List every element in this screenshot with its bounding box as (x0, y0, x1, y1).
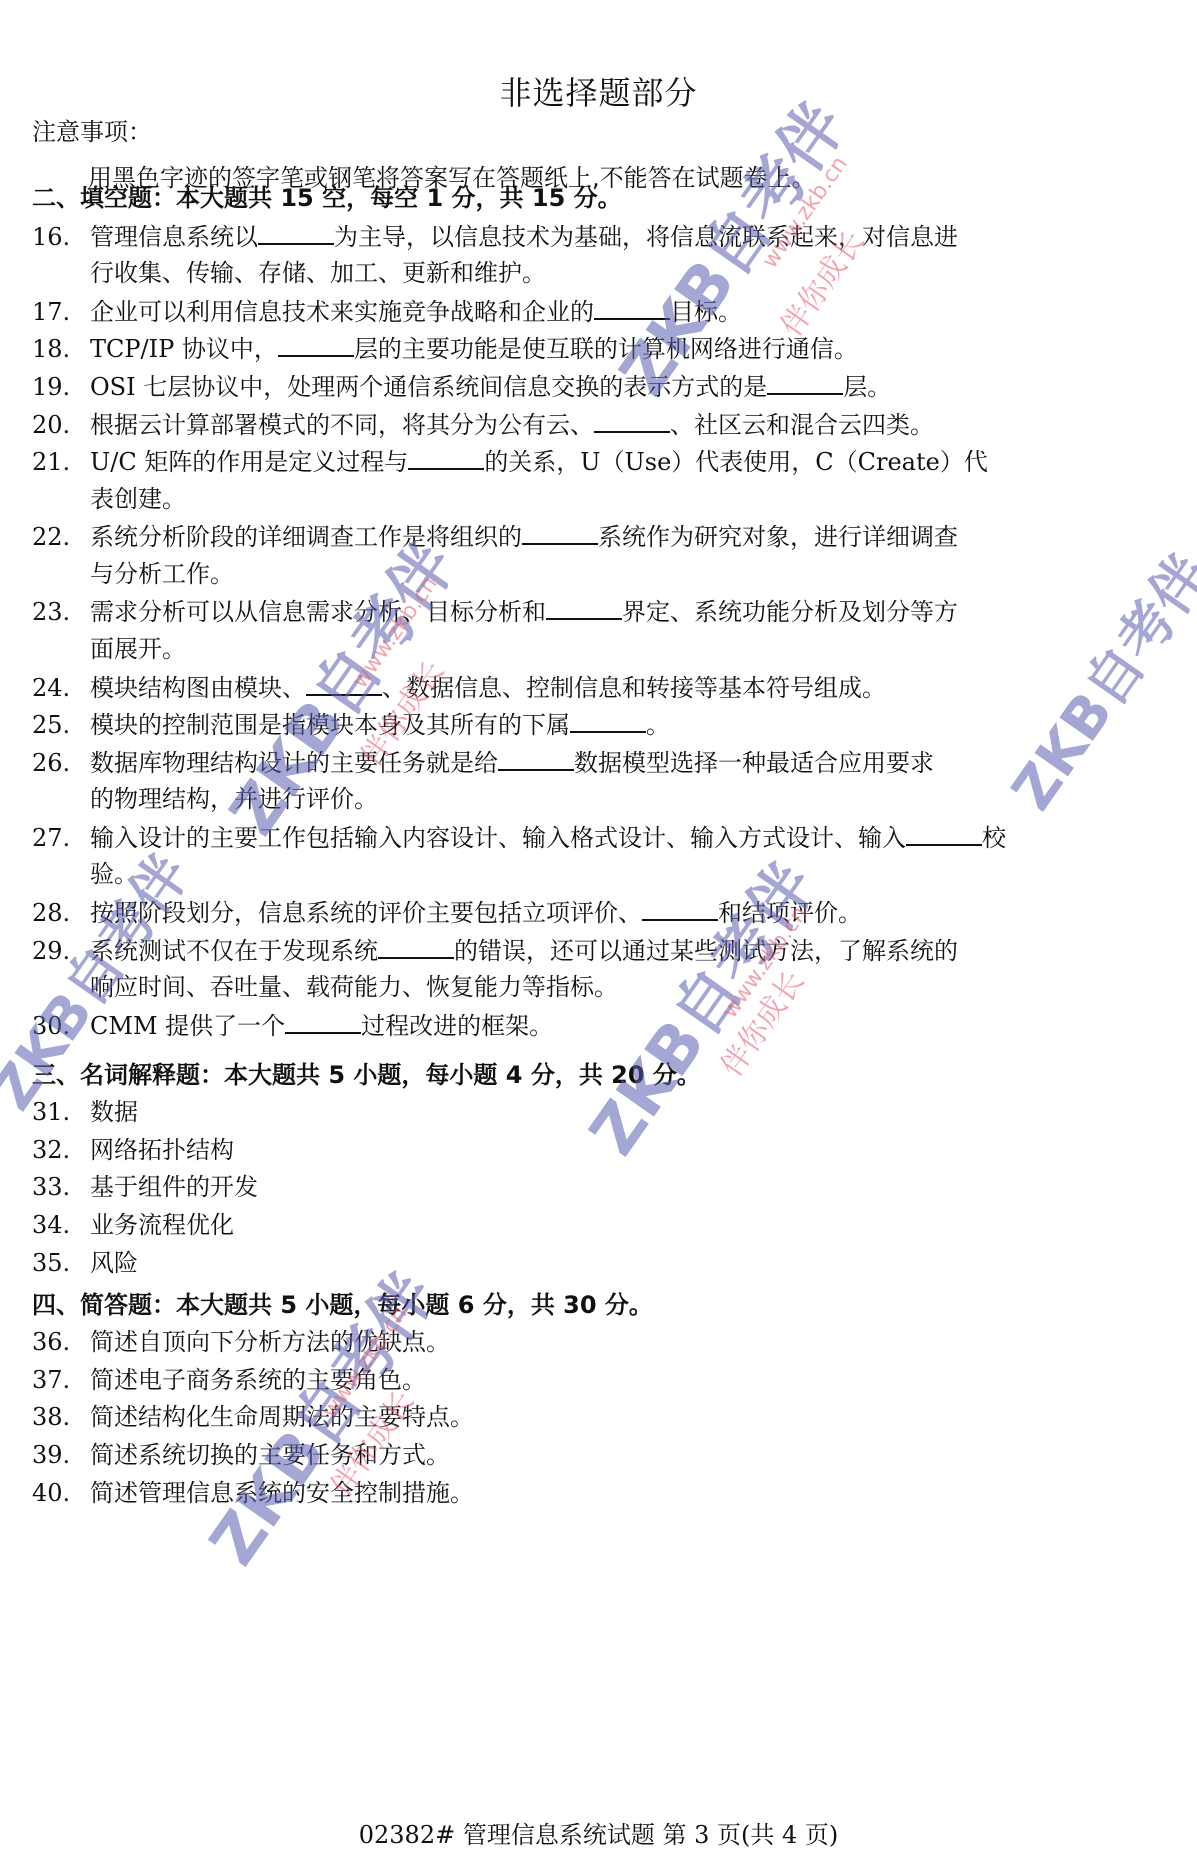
question-34: 34.业务流程优化 (32, 1210, 234, 1240)
question-17: 17.企业可以利用信息技术来实施竞争战略和企业的目标。 (32, 296, 742, 327)
page-footer: 02382# 管理信息系统试题 第 3 页(共 4 页) (0, 1815, 1197, 1850)
question-number: 24. (32, 673, 90, 703)
answer-blank (285, 1010, 361, 1034)
question-32: 32.网络拓扑结构 (32, 1135, 234, 1165)
answer-blank (278, 333, 354, 357)
answer-blank (408, 446, 484, 470)
question-35: 35.风险 (32, 1248, 138, 1278)
watermark-logo: ZKB自考伴 (990, 536, 1197, 823)
question-21: 21.U/C 矩阵的作用是定义过程与的关系，U（Use）代表使用，C（Creat… (32, 446, 988, 477)
question-16: 16.管理信息系统以为主导，以信息技术为基础，将信息流联系起来，对信息进 (32, 221, 958, 252)
answer-blank (767, 371, 843, 395)
question-23: 23.需求分析可以从信息需求分析、目标分析和界定、系统功能分析及划分等方 (32, 596, 958, 627)
question-26: 26.数据库物理结构设计的主要任务就是给数据模型选择一种最适合应用要求 (32, 747, 934, 778)
question-number: 25. (32, 710, 90, 740)
answer-blank (522, 521, 598, 545)
question-number: 19. (32, 372, 90, 402)
question-number: 16. (32, 222, 90, 252)
question-24: 24.模块结构图由模块、、数据信息、控制信息和转接等基本符号组成。 (32, 672, 886, 703)
question-number: 21. (32, 447, 90, 477)
question-19: 19.OSI 七层协议中，处理两个通信系统间信息交换的表示方式的是层。 (32, 371, 891, 402)
question-18: 18.TCP/IP 协议中，层的主要功能是使互联的计算机网络进行通信。 (32, 333, 858, 364)
question-40: 40.简述管理信息系统的安全控制措施。 (32, 1478, 474, 1508)
question-29-continuation: 响应时间、吞吐量、载荷能力、恢复能力等指标。 (90, 972, 618, 1002)
question-31: 31.数据 (32, 1097, 138, 1127)
question-27: 27.输入设计的主要工作包括输入内容设计、输入格式设计、输入方式设计、输入校 (32, 822, 1006, 853)
question-number: 26. (32, 748, 90, 778)
answer-blank (906, 822, 982, 846)
question-number: 22. (32, 522, 90, 552)
question-number: 28. (32, 898, 90, 928)
answer-blank (594, 296, 670, 320)
question-25: 25.模块的控制范围是指模块本身及其所有的下属。 (32, 709, 670, 740)
question-36: 36.简述自顶向下分析方法的优缺点。 (32, 1327, 450, 1357)
question-22-continuation: 与分析工作。 (90, 559, 234, 589)
section-fill-blank-heading: 二、填空题：本大题共 15 空，每空 1 分，共 15 分。 (32, 183, 622, 213)
question-30: 30.CMM 提供了一个过程改进的框架。 (32, 1010, 553, 1041)
question-number: 29. (32, 936, 90, 966)
question-22: 22.系统分析阶段的详细调查工作是将组织的系统作为研究对象，进行详细调查 (32, 521, 958, 552)
question-27-continuation: 验。 (90, 859, 138, 889)
page-title: 非选择题部分 (0, 68, 1197, 114)
answer-blank (306, 672, 382, 696)
question-number: 27. (32, 823, 90, 853)
question-number: 17. (32, 297, 90, 327)
question-20: 20.根据云计算部署模式的不同，将其分为公有云、、社区云和混合云四类。 (32, 409, 934, 440)
answer-blank (378, 935, 454, 959)
question-number: 20. (32, 410, 90, 440)
question-29: 29.系统测试不仅在于发现系统的错误，还可以通过某些测试方法，了解系统的 (32, 935, 958, 966)
question-26-continuation: 的物理结构，并进行评价。 (90, 784, 378, 814)
answer-blank (546, 596, 622, 620)
section-terms-heading: 三、名词解释题：本大题共 5 小题，每小题 4 分，共 20 分。 (32, 1060, 701, 1090)
question-33: 33.基于组件的开发 (32, 1172, 258, 1202)
question-21-continuation: 表创建。 (90, 484, 186, 514)
watermark-slogan: 伴你成长 (708, 960, 813, 1084)
question-number: 23. (32, 597, 90, 627)
answer-blank (594, 409, 670, 433)
answer-blank (570, 709, 646, 733)
question-16-continuation: 行收集、传输、存储、加工、更新和维护。 (90, 258, 546, 288)
question-28: 28.按照阶段划分，信息系统的评价主要包括立项评价、和结项评价。 (32, 897, 862, 928)
answer-blank (642, 897, 718, 921)
question-39: 39.简述系统切换的主要任务和方式。 (32, 1440, 450, 1470)
question-number: 18. (32, 334, 90, 364)
exam-page: 非选择题部分 注意事项： 用黑色字迹的签字笔或钢笔将答案写在答题纸上,不能答在试… (0, 0, 1197, 1859)
answer-blank (258, 221, 334, 245)
question-number: 30. (32, 1011, 90, 1041)
answer-blank (498, 747, 574, 771)
section-short-answer-heading: 四、简答题：本大题共 5 小题，每小题 6 分，共 30 分。 (32, 1290, 653, 1320)
notice-heading: 注意事项： (32, 112, 152, 147)
question-37: 37.简述电子商务系统的主要角色。 (32, 1365, 426, 1395)
question-23-continuation: 面展开。 (90, 634, 186, 664)
watermark-logo: ZKB自考伴 (564, 842, 833, 1171)
question-38: 38.简述结构化生命周期法的主要特点。 (32, 1402, 474, 1432)
